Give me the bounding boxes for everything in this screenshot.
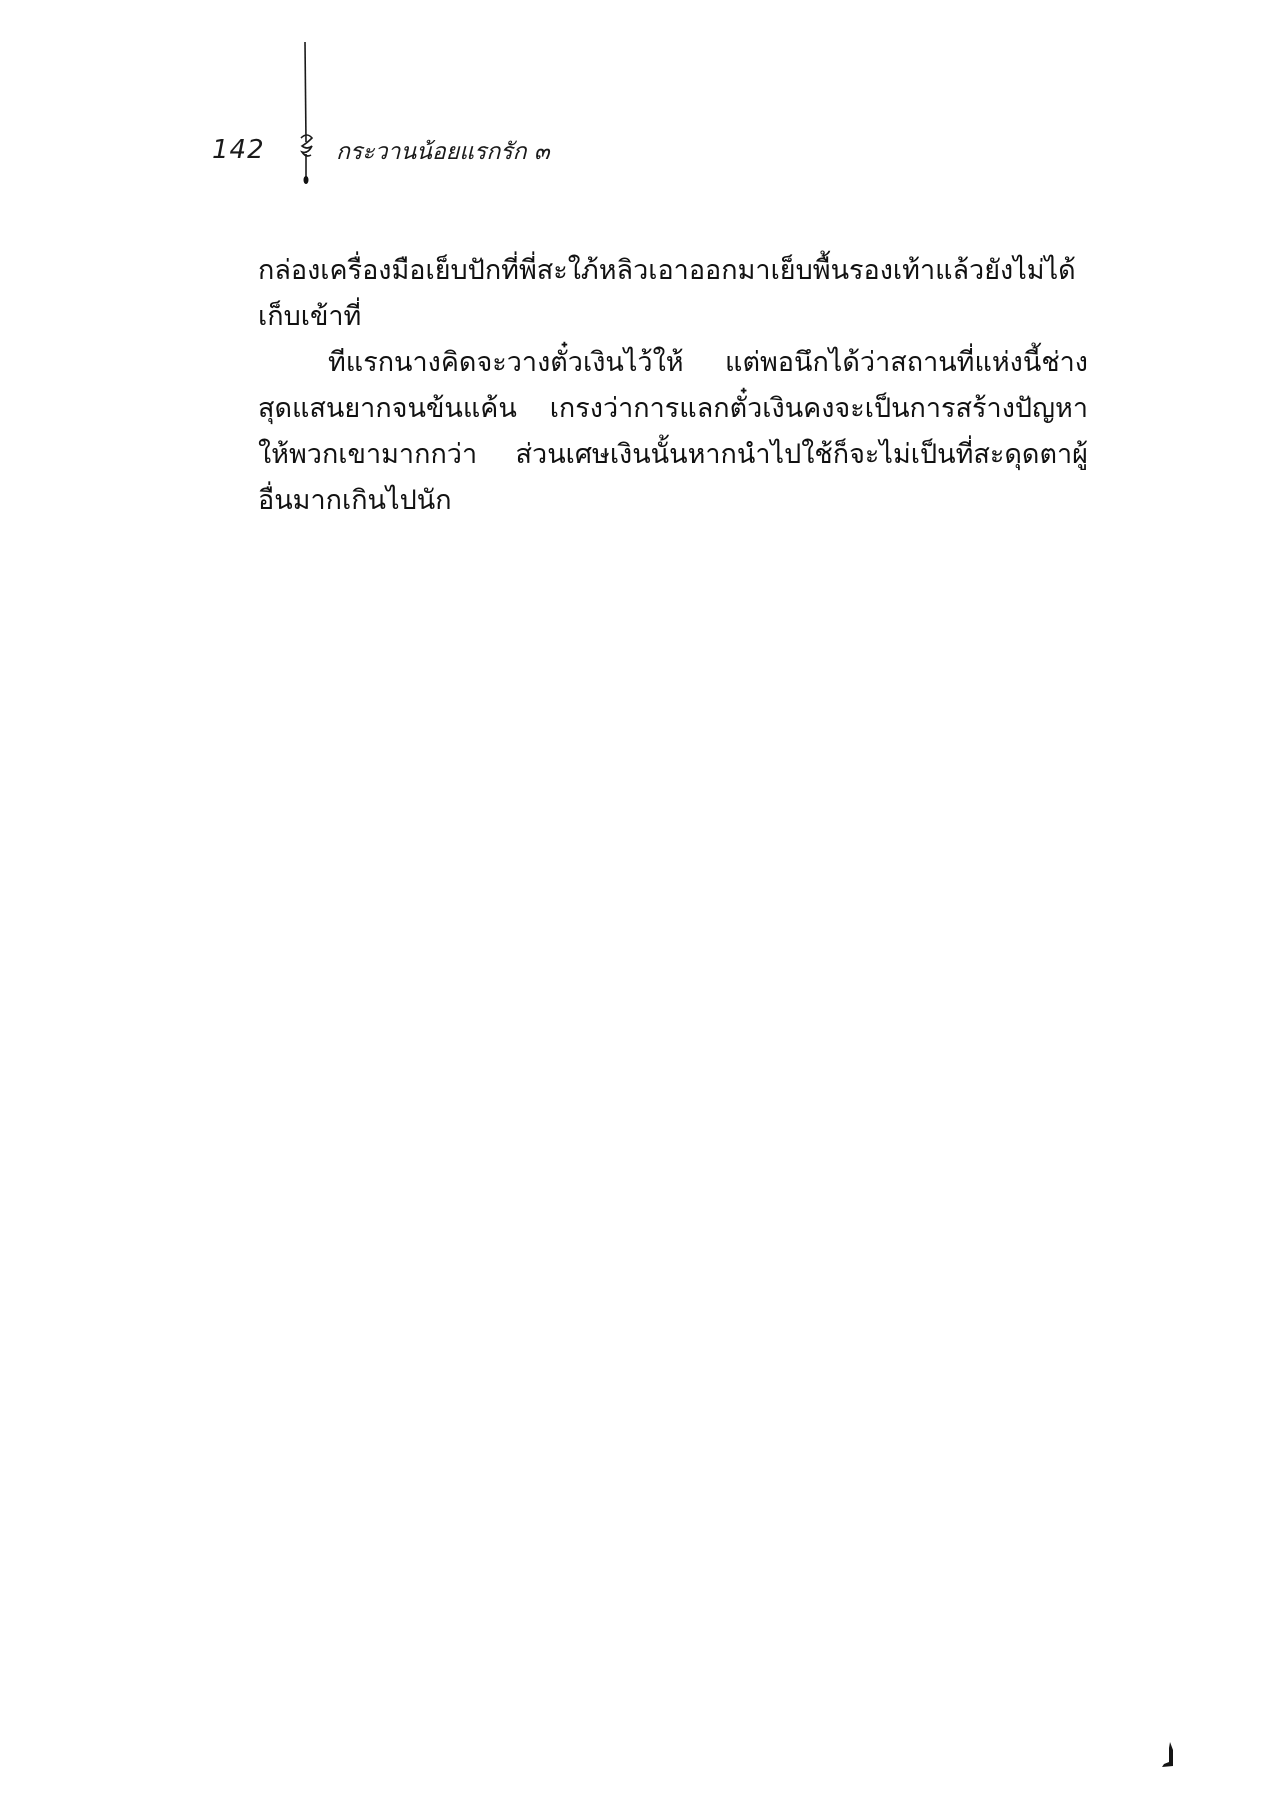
page-number: 142 [212, 135, 265, 165]
book-title: กระวานน้อยแรกรัก ๓ [336, 134, 550, 170]
running-header: 142 [212, 130, 265, 170]
knot-ornament-icon [300, 42, 314, 187]
body-text: กล่องเครื่องมือเย็บปักที่พี่สะใภ้หลิวเอา… [258, 248, 1088, 524]
scan-mark-icon [1160, 1740, 1176, 1770]
paragraph: กล่องเครื่องมือเย็บปักที่พี่สะใภ้หลิวเอา… [258, 248, 1088, 340]
paragraph: ทีแรกนางคิดจะวางตั๋วเงินไว้ให้ แต่พอนึกไ… [258, 340, 1088, 524]
